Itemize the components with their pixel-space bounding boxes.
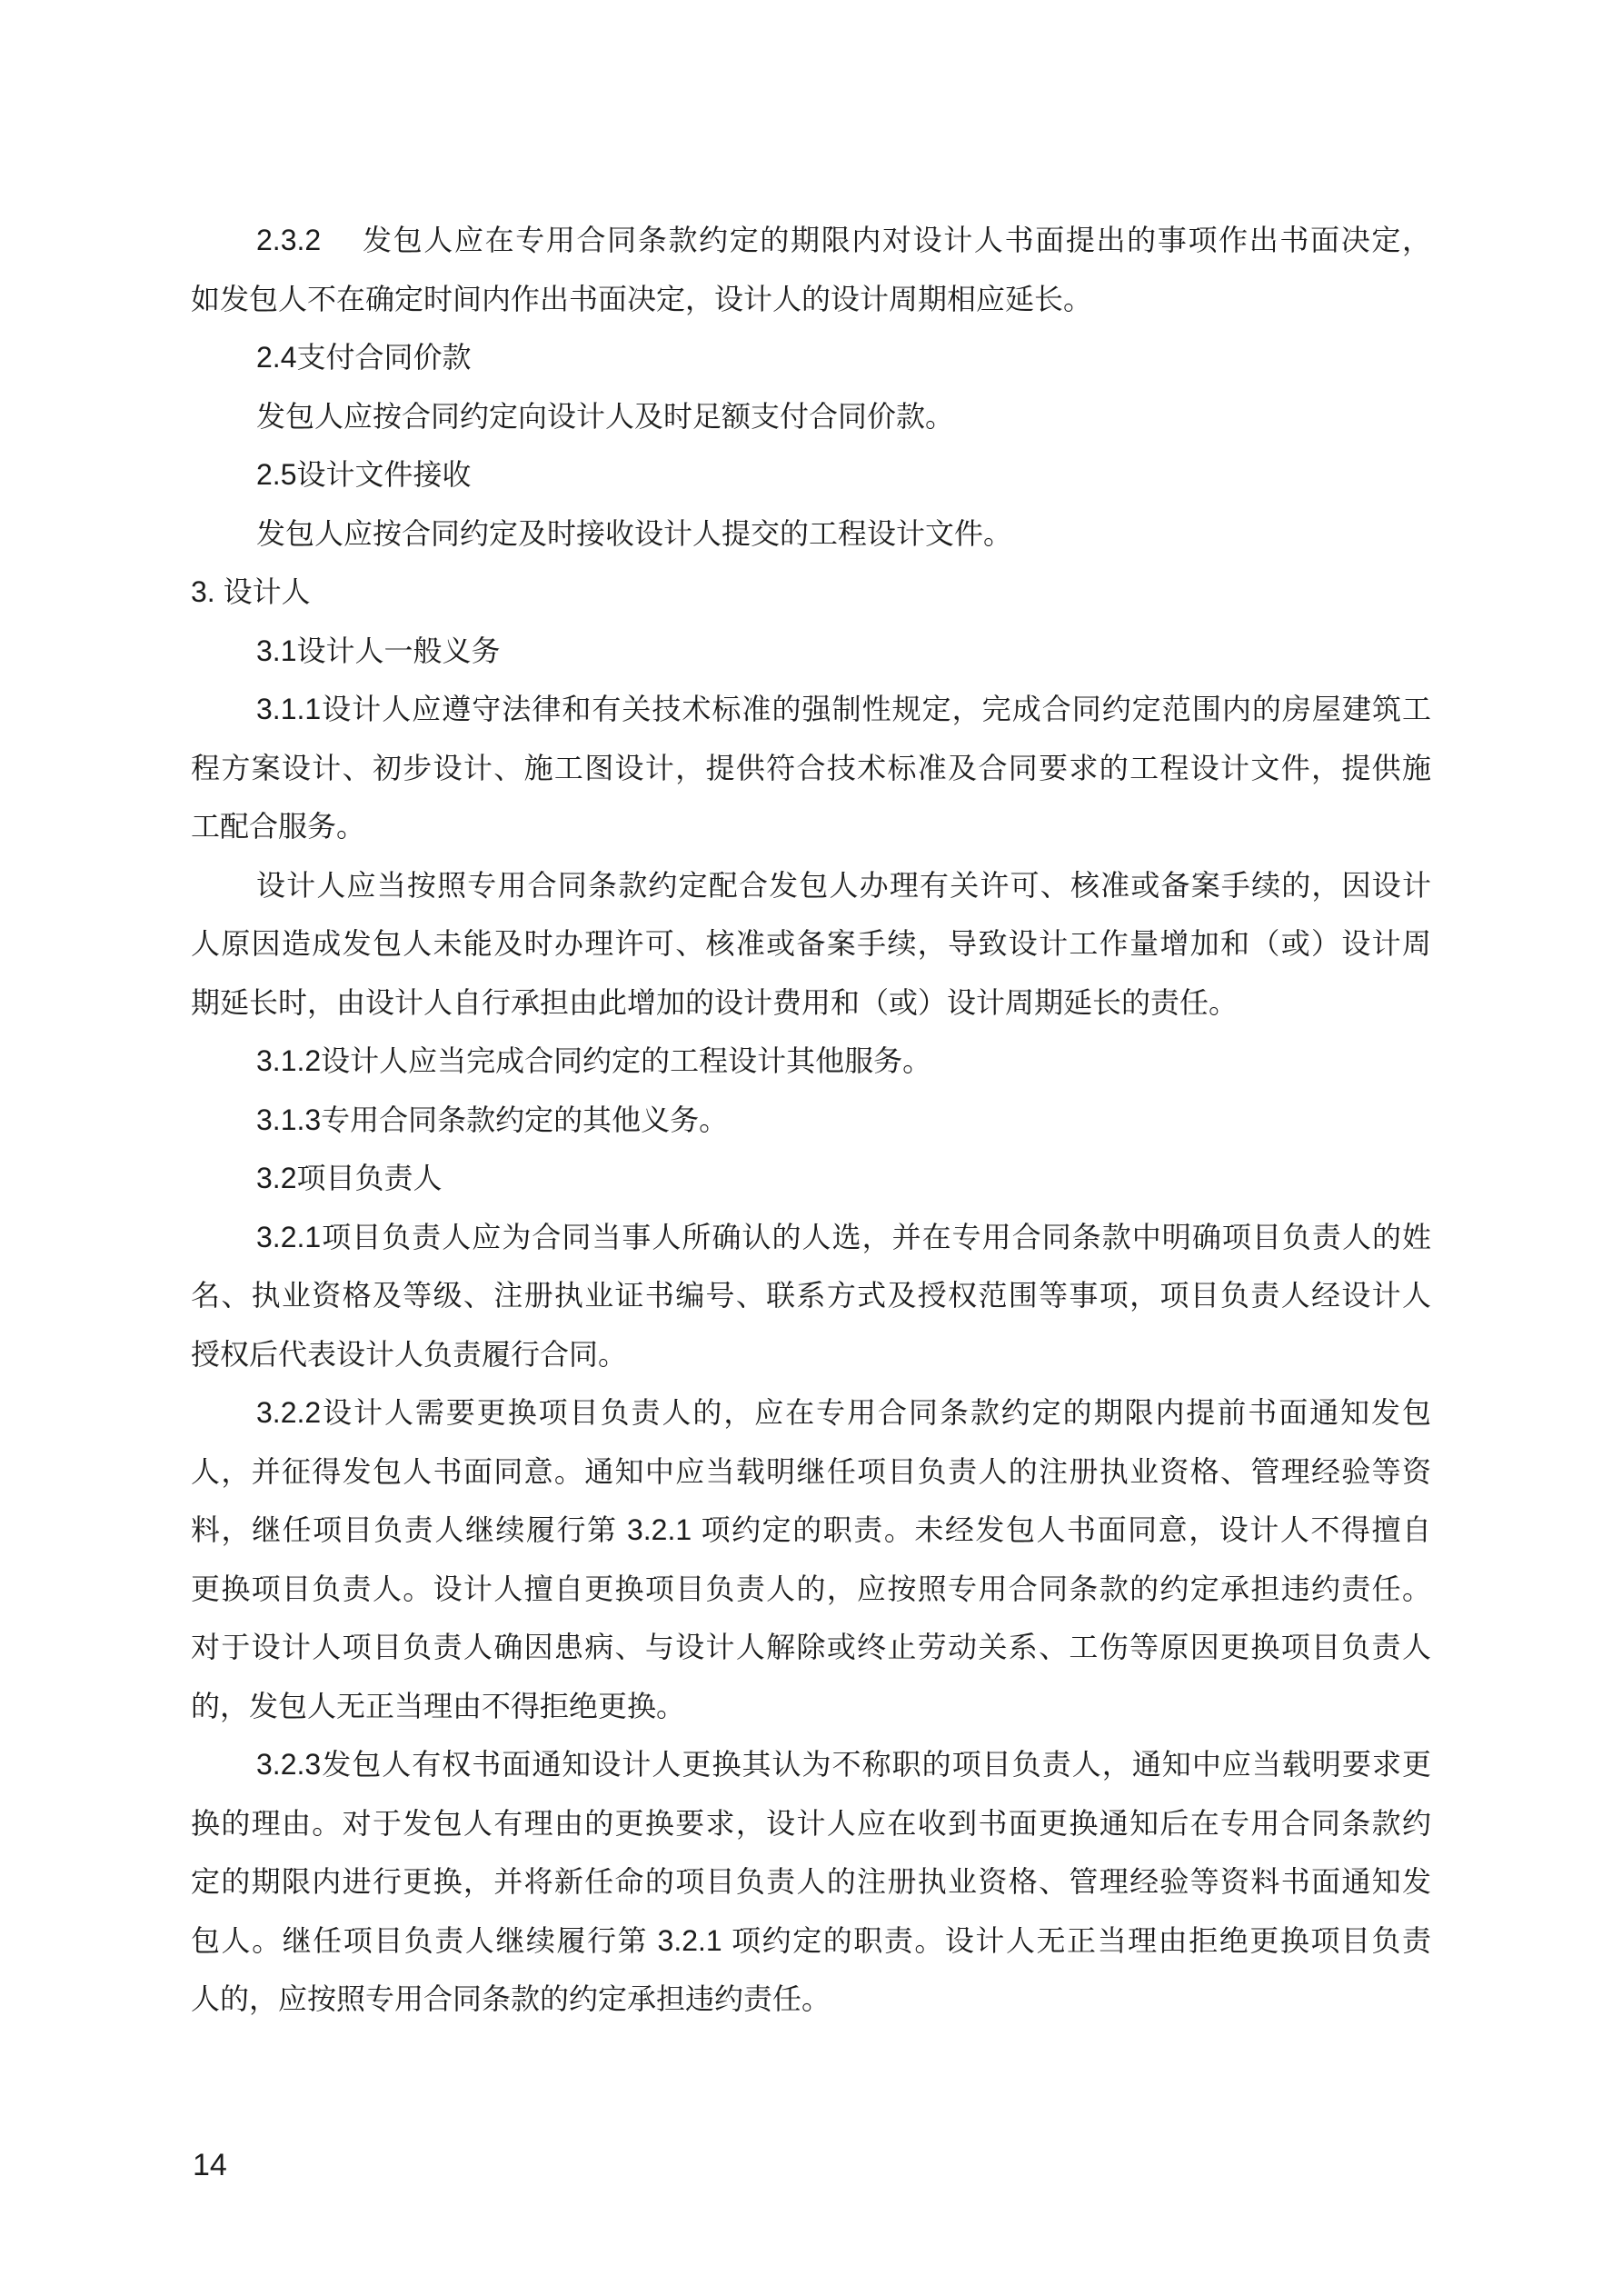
- text-line: 包人。继任项目负责人继续履行第 3.2.1 项约定的职责。设计人无正当理由拒绝更…: [191, 1912, 1431, 1971]
- text-line: 工配合服务。: [191, 797, 1431, 856]
- document-page: 2.3.2 发包人应在专用合同条款约定的期限内对设计人书面提出的事项作出书面决定…: [0, 0, 1622, 2296]
- text-line: 3.2项目负责人: [191, 1149, 1431, 1208]
- text-line: 期延长时，由设计人自行承担由此增加的设计费用和（或）设计周期延长的责任。: [191, 973, 1431, 1033]
- page-number: 14: [193, 2147, 227, 2183]
- text-line: 3.2.3发包人有权书面通知设计人更换其认为不称职的项目负责人，通知中应当载明要…: [191, 1735, 1431, 1794]
- text-line: 换的理由。对于发包人有理由的更换要求，设计人应在收到书面更换通知后在专用合同条款…: [191, 1794, 1431, 1853]
- text-line: 3. 设计人: [191, 563, 1431, 622]
- text-line: 的，发包人无正当理由不得拒绝更换。: [191, 1677, 1431, 1736]
- text-line: 授权后代表设计人负责履行合同。: [191, 1325, 1431, 1384]
- text-line: 人原因造成发包人未能及时办理许可、核准或备案手续，导致设计工作量增加和（或）设计…: [191, 914, 1431, 973]
- text-line: 更换项目负责人。设计人擅自更换项目负责人的，应按照专用合同条款的约定承担违约责任…: [191, 1560, 1431, 1619]
- text-line: 3.1.1设计人应遵守法律和有关技术标准的强制性规定，完成合同约定范围内的房屋建…: [191, 680, 1431, 739]
- text-line: 3.1设计人一般义务: [191, 622, 1431, 681]
- text-line: 发包人应按合同约定向设计人及时足额支付合同价款。: [191, 387, 1431, 446]
- document-body: 2.3.2 发包人应在专用合同条款约定的期限内对设计人书面提出的事项作出书面决定…: [191, 211, 1431, 2029]
- text-line: 设计人应当按照专用合同条款约定配合发包人办理有关许可、核准或备案手续的，因设计: [191, 856, 1431, 915]
- text-line: 如发包人不在确定时间内作出书面决定，设计人的设计周期相应延长。: [191, 270, 1431, 329]
- text-line: 3.1.3专用合同条款约定的其他义务。: [191, 1091, 1431, 1150]
- text-line: 料，继任项目负责人继续履行第 3.2.1 项约定的职责。未经发包人书面同意，设计…: [191, 1501, 1431, 1560]
- text-line: 发包人应按合同约定及时接收设计人提交的工程设计文件。: [191, 504, 1431, 564]
- text-line: 3.2.2设计人需要更换项目负责人的，应在专用合同条款约定的期限内提前书面通知发…: [191, 1383, 1431, 1442]
- text-line: 人，并征得发包人书面同意。通知中应当载明继任项目负责人的注册执业资格、管理经验等…: [191, 1442, 1431, 1502]
- text-line: 3.1.2设计人应当完成合同约定的工程设计其他服务。: [191, 1032, 1431, 1091]
- text-line: 对于设计人项目负责人确因患病、与设计人解除或终止劳动关系、工伤等原因更换项目负责…: [191, 1618, 1431, 1677]
- text-line: 程方案设计、初步设计、施工图设计，提供符合技术标准及合同要求的工程设计文件，提供…: [191, 739, 1431, 798]
- text-line: 定的期限内进行更换，并将新任命的项目负责人的注册执业资格、管理经验等资料书面通知…: [191, 1852, 1431, 1912]
- text-line: 名、执业资格及等级、注册执业证书编号、联系方式及授权范围等事项，项目负责人经设计…: [191, 1266, 1431, 1325]
- text-line: 2.5设计文件接收: [191, 445, 1431, 504]
- text-line: 2.3.2 发包人应在专用合同条款约定的期限内对设计人书面提出的事项作出书面决定…: [191, 211, 1431, 270]
- text-line: 3.2.1项目负责人应为合同当事人所确认的人选，并在专用合同条款中明确项目负责人…: [191, 1208, 1431, 1267]
- text-line: 人的，应按照专用合同条款的约定承担违约责任。: [191, 1970, 1431, 2029]
- text-line: 2.4支付合同价款: [191, 328, 1431, 387]
